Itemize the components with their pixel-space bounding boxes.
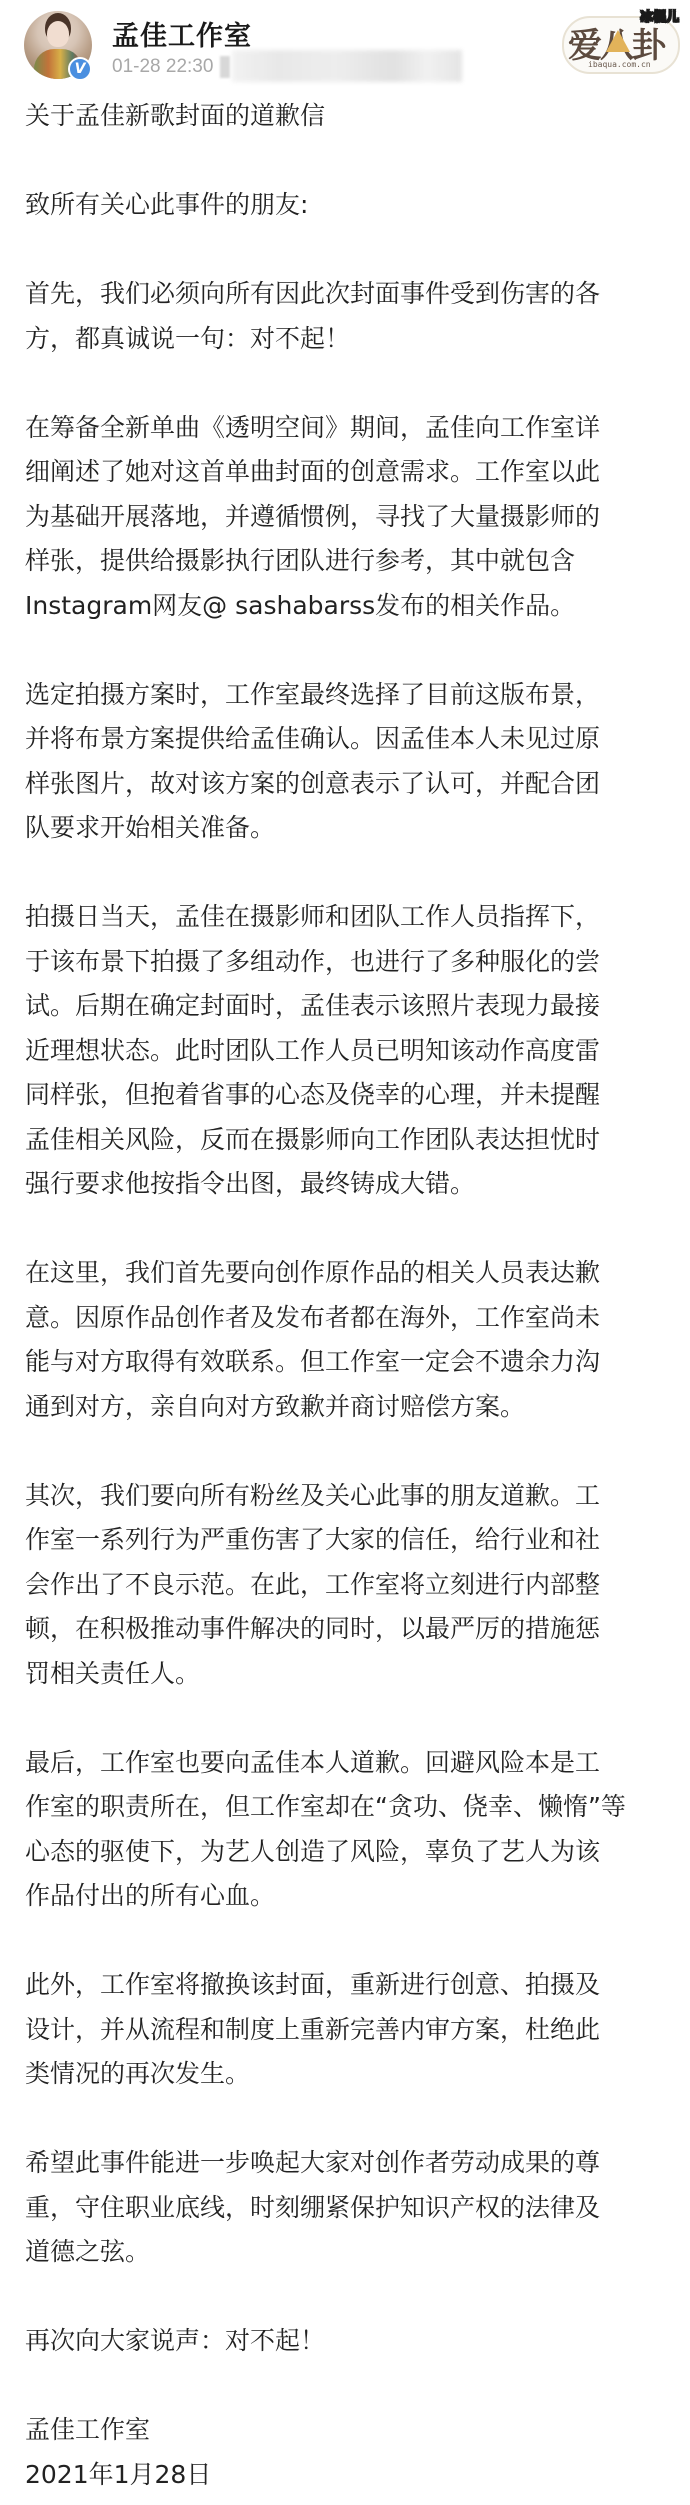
avatar-face-shape xyxy=(47,21,69,47)
paragraph-apology-opening: 首先，我们必须向所有因此次封面事件受到伤害的各 方，都真诚说一句：对不起！ xyxy=(25,272,665,361)
author-name[interactable]: 孟佳工作室 xyxy=(112,14,252,53)
post-timestamp: 01-28 22:30 xyxy=(112,56,213,78)
paragraph-apology-artist: 最后，工作室也要向孟佳本人道歉。回避风险本是工 作室的职责所在，但工作室却在“贪… xyxy=(25,1741,665,1919)
blurred-source-info xyxy=(232,50,462,82)
post-header: V 孟佳工作室 01-28 22:30 爱八卦 ibaqua.com.cn 冰棍… xyxy=(0,0,690,92)
paragraph-apology-fans: 其次，我们要向所有粉丝及关心此事的朋友道歉。工 作室一系列行为严重伤害了大家的信… xyxy=(25,1474,665,1697)
verified-icon: V xyxy=(68,57,92,81)
paragraph-closing-apology: 再次向大家说声：对不起！ xyxy=(25,2319,665,2364)
article-salutation: 致所有关心此事件的朋友: xyxy=(25,183,665,228)
paragraph-background: 在筹备全新单曲《透明空间》期间，孟佳向工作室详 细阐述了她对这首单曲封面的创意需… xyxy=(25,406,665,629)
watermark-logo: 爱八卦 ibaqua.com.cn 冰棍儿 xyxy=(540,6,690,78)
paragraph-apology-creator: 在这里，我们首先要向创作原作品的相关人员表达歉 意。因原作品创作者及发布者都在海… xyxy=(25,1251,665,1429)
signature-date: 2021年1月28日 xyxy=(25,2453,665,2498)
watermark-triangle-icon xyxy=(606,30,630,52)
signature-name: 孟佳工作室 xyxy=(25,2408,665,2453)
blurred-source-char xyxy=(220,56,230,78)
article-title: 关于孟佳新歌封面的道歉信 xyxy=(25,94,665,139)
paragraph-shoot-day: 拍摄日当天，孟佳在摄影师和团队工作人员指挥下， 于该布景下拍摄了多组动作，也进行… xyxy=(25,895,665,1207)
post-body: 关于孟佳新歌封面的道歉信 致所有关心此事件的朋友: 首先，我们必须向所有因此次封… xyxy=(25,94,665,2497)
paragraph-scheme-selection: 选定拍摄方案时，工作室最终选择了目前这版布景， 并将布景方案提供给孟佳确认。因孟… xyxy=(25,673,665,851)
paragraph-hope: 希望此事件能进一步唤起大家对创作者劳动成果的尊 重，守住职业底线，时刻绷紧保护知… xyxy=(25,2141,665,2275)
watermark-tag: 冰棍儿 xyxy=(640,6,679,25)
watermark-url: ibaqua.com.cn xyxy=(588,60,651,69)
paragraph-remediation: 此外，工作室将撤换该封面，重新进行创意、拍摄及 设计，并从流程和制度上重新完善内… xyxy=(25,1963,665,2097)
